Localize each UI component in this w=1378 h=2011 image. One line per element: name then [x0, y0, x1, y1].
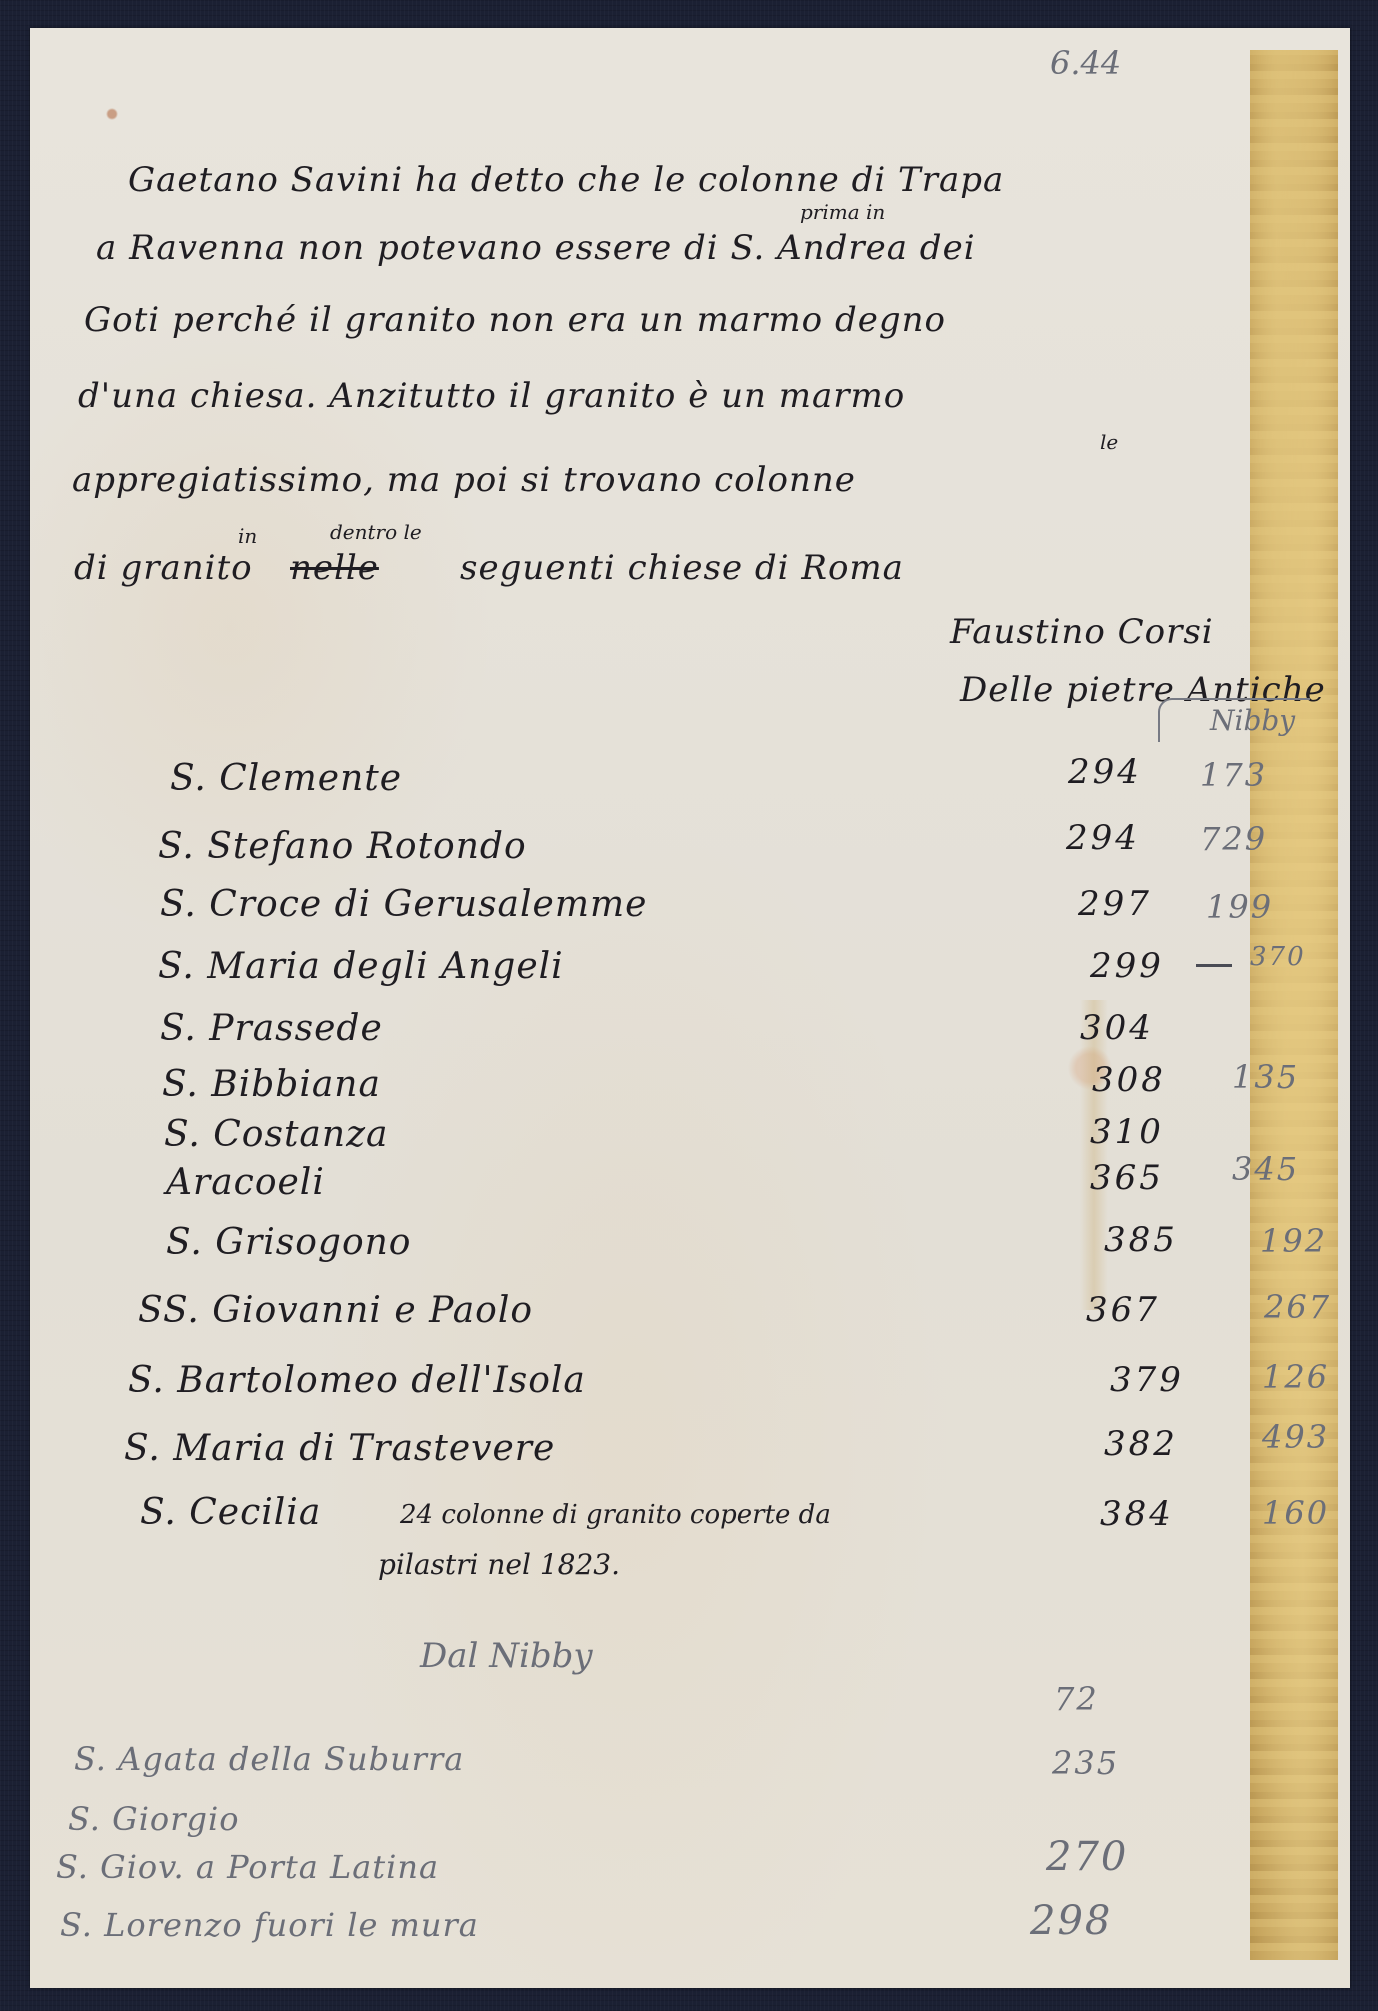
paragraph-line-6-prefix: di granito	[74, 548, 253, 588]
nibby-page: 135	[1232, 1058, 1299, 1096]
nibby-page: 160	[1262, 1494, 1329, 1532]
church-name: S. Maria di Trastevere	[124, 1428, 555, 1469]
corsi-page: 304	[1080, 1008, 1154, 1048]
nibby-page: 493	[1262, 1418, 1329, 1456]
nibby-church-name: S. Lorenzo fuori le mura	[60, 1906, 479, 1944]
church-name: S. Stefano Rotondo	[158, 826, 527, 867]
paragraph-line-6-suffix: seguenti chiese di Roma	[460, 548, 904, 588]
insertion-dentro-le: dentro le	[330, 520, 422, 544]
paragraph-line-4: d'una chiesa. Anzitutto il granito è un …	[78, 376, 905, 416]
struck-word: nelle	[290, 548, 379, 588]
corsi-page: 384	[1100, 1494, 1174, 1534]
corsi-page: 382	[1104, 1424, 1178, 1464]
church-name: SS. Giovanni e Paolo	[138, 1290, 533, 1331]
corsi-page: 310	[1090, 1112, 1164, 1152]
nibby-church-name: S. Giorgio	[68, 1800, 239, 1838]
corsi-page: 299	[1090, 946, 1164, 986]
church-name: S. Grisogono	[166, 1222, 411, 1263]
nibby-church-page: 235	[1052, 1744, 1119, 1782]
nibby-page: 345	[1232, 1150, 1299, 1188]
nibby-page: 199	[1206, 888, 1273, 926]
paragraph-line-2: a Ravenna non potevano essere di S. Andr…	[96, 228, 976, 268]
nibby-top-number: 72	[1054, 1680, 1099, 1718]
nibby-church-name: S. Agata della Suburra	[74, 1740, 464, 1778]
corsi-page: 294	[1066, 818, 1140, 858]
nibby-page: 192	[1260, 1222, 1327, 1260]
source-author: Faustino Corsi	[950, 612, 1214, 652]
nibby-page: 370	[1250, 942, 1306, 972]
church-name: S. Maria degli Angeli	[158, 946, 564, 987]
nibby-church-page: 298	[1030, 1898, 1112, 1944]
corsi-page: 385	[1104, 1220, 1178, 1260]
corsi-page: 365	[1090, 1158, 1164, 1198]
church-name: Aracoeli	[166, 1162, 325, 1203]
nibby-section-heading: Dal Nibby	[420, 1636, 593, 1676]
church-name: S. Cecilia	[140, 1492, 321, 1533]
nibby-page: 729	[1200, 820, 1267, 858]
corsi-page: 297	[1078, 884, 1152, 924]
corsi-page: 367	[1086, 1290, 1160, 1330]
paragraph-line-5: appregiatissimo, ma poi si trovano colon…	[72, 460, 856, 500]
church-name: S. Costanza	[164, 1114, 389, 1155]
cecilia-note-line-2: pilastri nel 1823.	[378, 1548, 620, 1581]
insertion-in: in	[238, 524, 257, 548]
church-name: S. Prassede	[160, 1008, 383, 1049]
nibby-column-header: Nibby	[1210, 704, 1295, 737]
nibby-page: 126	[1262, 1358, 1329, 1396]
aged-tape-strip	[1250, 50, 1338, 1960]
corsi-page: 379	[1110, 1360, 1184, 1400]
insertion-le: le	[1100, 430, 1118, 454]
nibby-church-page: 270	[1046, 1834, 1128, 1880]
cecilia-note-line-1: 24 colonne di granito coperte da	[400, 1500, 831, 1530]
dash-mark	[1196, 964, 1232, 967]
archive-number: 6.44	[1050, 44, 1121, 82]
church-name: S. Bibbiana	[162, 1064, 381, 1105]
church-name: S. Croce di Gerusalemme	[160, 884, 647, 925]
insertion-prima-in: prima in	[800, 200, 885, 224]
church-name: S. Bartolomeo dell'Isola	[128, 1360, 586, 1401]
paragraph-line-1: Gaetano Savini ha detto che le colonne d…	[128, 160, 1004, 200]
nibby-page: 267	[1264, 1288, 1331, 1326]
nibby-church-name: S. Giov. a Porta Latina	[56, 1848, 439, 1886]
corsi-page: 294	[1068, 752, 1142, 792]
paragraph-line-3: Goti perché il granito non era un marmo …	[84, 300, 946, 340]
corsi-page: 308	[1092, 1060, 1166, 1100]
church-name: S. Clemente	[170, 758, 402, 799]
nibby-page: 173	[1200, 756, 1267, 794]
